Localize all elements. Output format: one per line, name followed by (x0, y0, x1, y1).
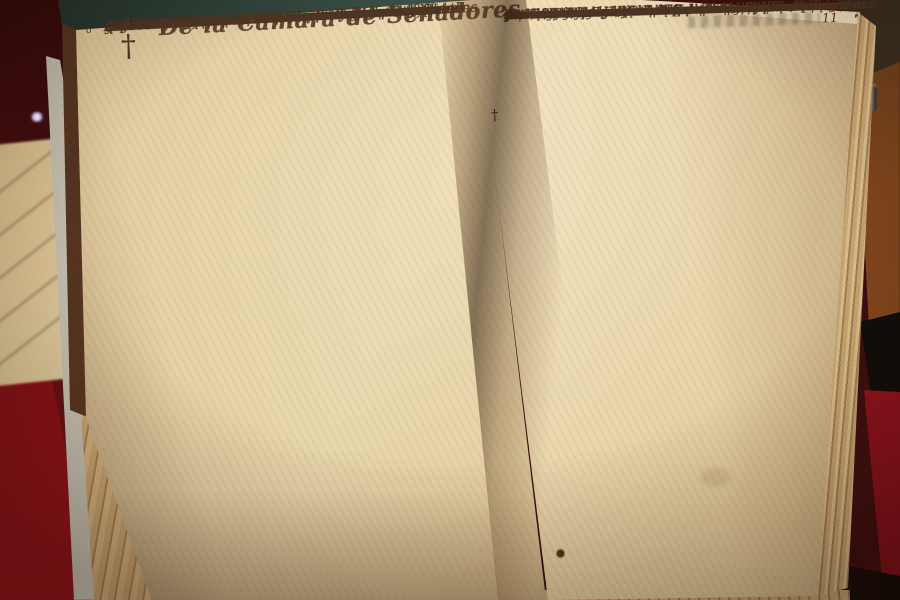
ink-blot (556, 548, 565, 559)
manuscript-photo: 1.º Estar en posesion de los derechos de… (0, 0, 900, 600)
correction-cross-mark: † (491, 108, 499, 123)
right-page-text: prevendrá la ley de elecciones. Art.º 26… (504, 0, 866, 2)
margin-mark: o (86, 26, 91, 36)
page-stain (700, 468, 730, 486)
right-page-number: 11 (822, 10, 839, 26)
correction-cross-mark: † (120, 32, 136, 63)
light-glint (30, 112, 44, 122)
